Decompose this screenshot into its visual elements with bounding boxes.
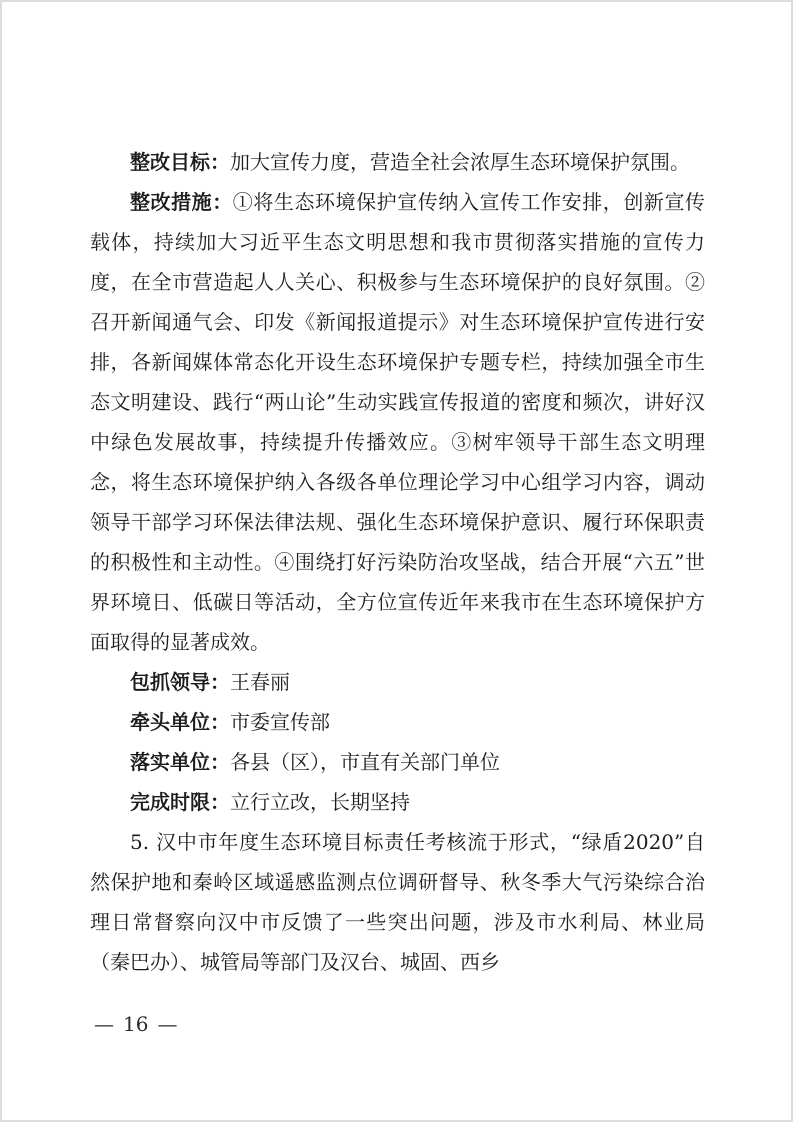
- paragraph-text: 市委宣传部: [230, 710, 330, 734]
- document-page: 整改目标：加大宣传力度，营造全社会浓厚生态环境保护氛围。 整改措施：①将生态环境…: [0, 0, 793, 1122]
- paragraph-label: 落实单位：: [130, 750, 230, 774]
- paragraph-label: 整改措施：: [130, 190, 233, 214]
- paragraph-text: 各县（区），市直有关部门单位: [230, 750, 500, 774]
- paragraph-label: 包抓领导：: [130, 670, 230, 694]
- paragraph-text: ①将生态环境保护宣传纳入宣传工作安排，创新宣传载体，持续加大习近平生态文明思想和…: [90, 190, 705, 654]
- footer-dash-right: —: [157, 1010, 177, 1038]
- paragraph-text: 立行立改，长期坚持: [230, 790, 410, 814]
- paragraph-label: 完成时限：: [130, 790, 230, 814]
- page-footer: — 16 —: [94, 1010, 177, 1038]
- document-body: 整改目标：加大宣传力度，营造全社会浓厚生态环境保护氛围。 整改措施：①将生态环境…: [90, 142, 705, 982]
- footer-dash-left: —: [94, 1010, 114, 1038]
- paragraph-rectification-goal: 整改目标：加大宣传力度，营造全社会浓厚生态环境保护氛围。: [90, 142, 705, 182]
- paragraph-implementing-unit: 落实单位：各县（区），市直有关部门单位: [90, 742, 705, 782]
- paragraph-text: 5. 汉中市年度生态环境目标责任考核流于形式，“绿盾2020”自然保护地和秦岭区…: [90, 830, 705, 974]
- paragraph-completion-deadline: 完成时限：立行立改，长期坚持: [90, 782, 705, 822]
- paragraph-text: 加大宣传力度，营造全社会浓厚生态环境保护氛围。: [230, 150, 690, 174]
- paragraph-label: 牵头单位：: [130, 710, 230, 734]
- paragraph-lead-unit: 牵头单位：市委宣传部: [90, 702, 705, 742]
- page-number: 16: [123, 1010, 148, 1038]
- paragraph-text: 王春丽: [230, 670, 290, 694]
- paragraph-item-5: 5. 汉中市年度生态环境目标责任考核流于形式，“绿盾2020”自然保护地和秦岭区…: [90, 822, 705, 982]
- paragraph-label: 整改目标：: [130, 150, 230, 174]
- paragraph-rectification-measures: 整改措施：①将生态环境保护宣传纳入宣传工作安排，创新宣传载体，持续加大习近平生态…: [90, 182, 705, 662]
- paragraph-responsible-leader: 包抓领导：王春丽: [90, 662, 705, 702]
